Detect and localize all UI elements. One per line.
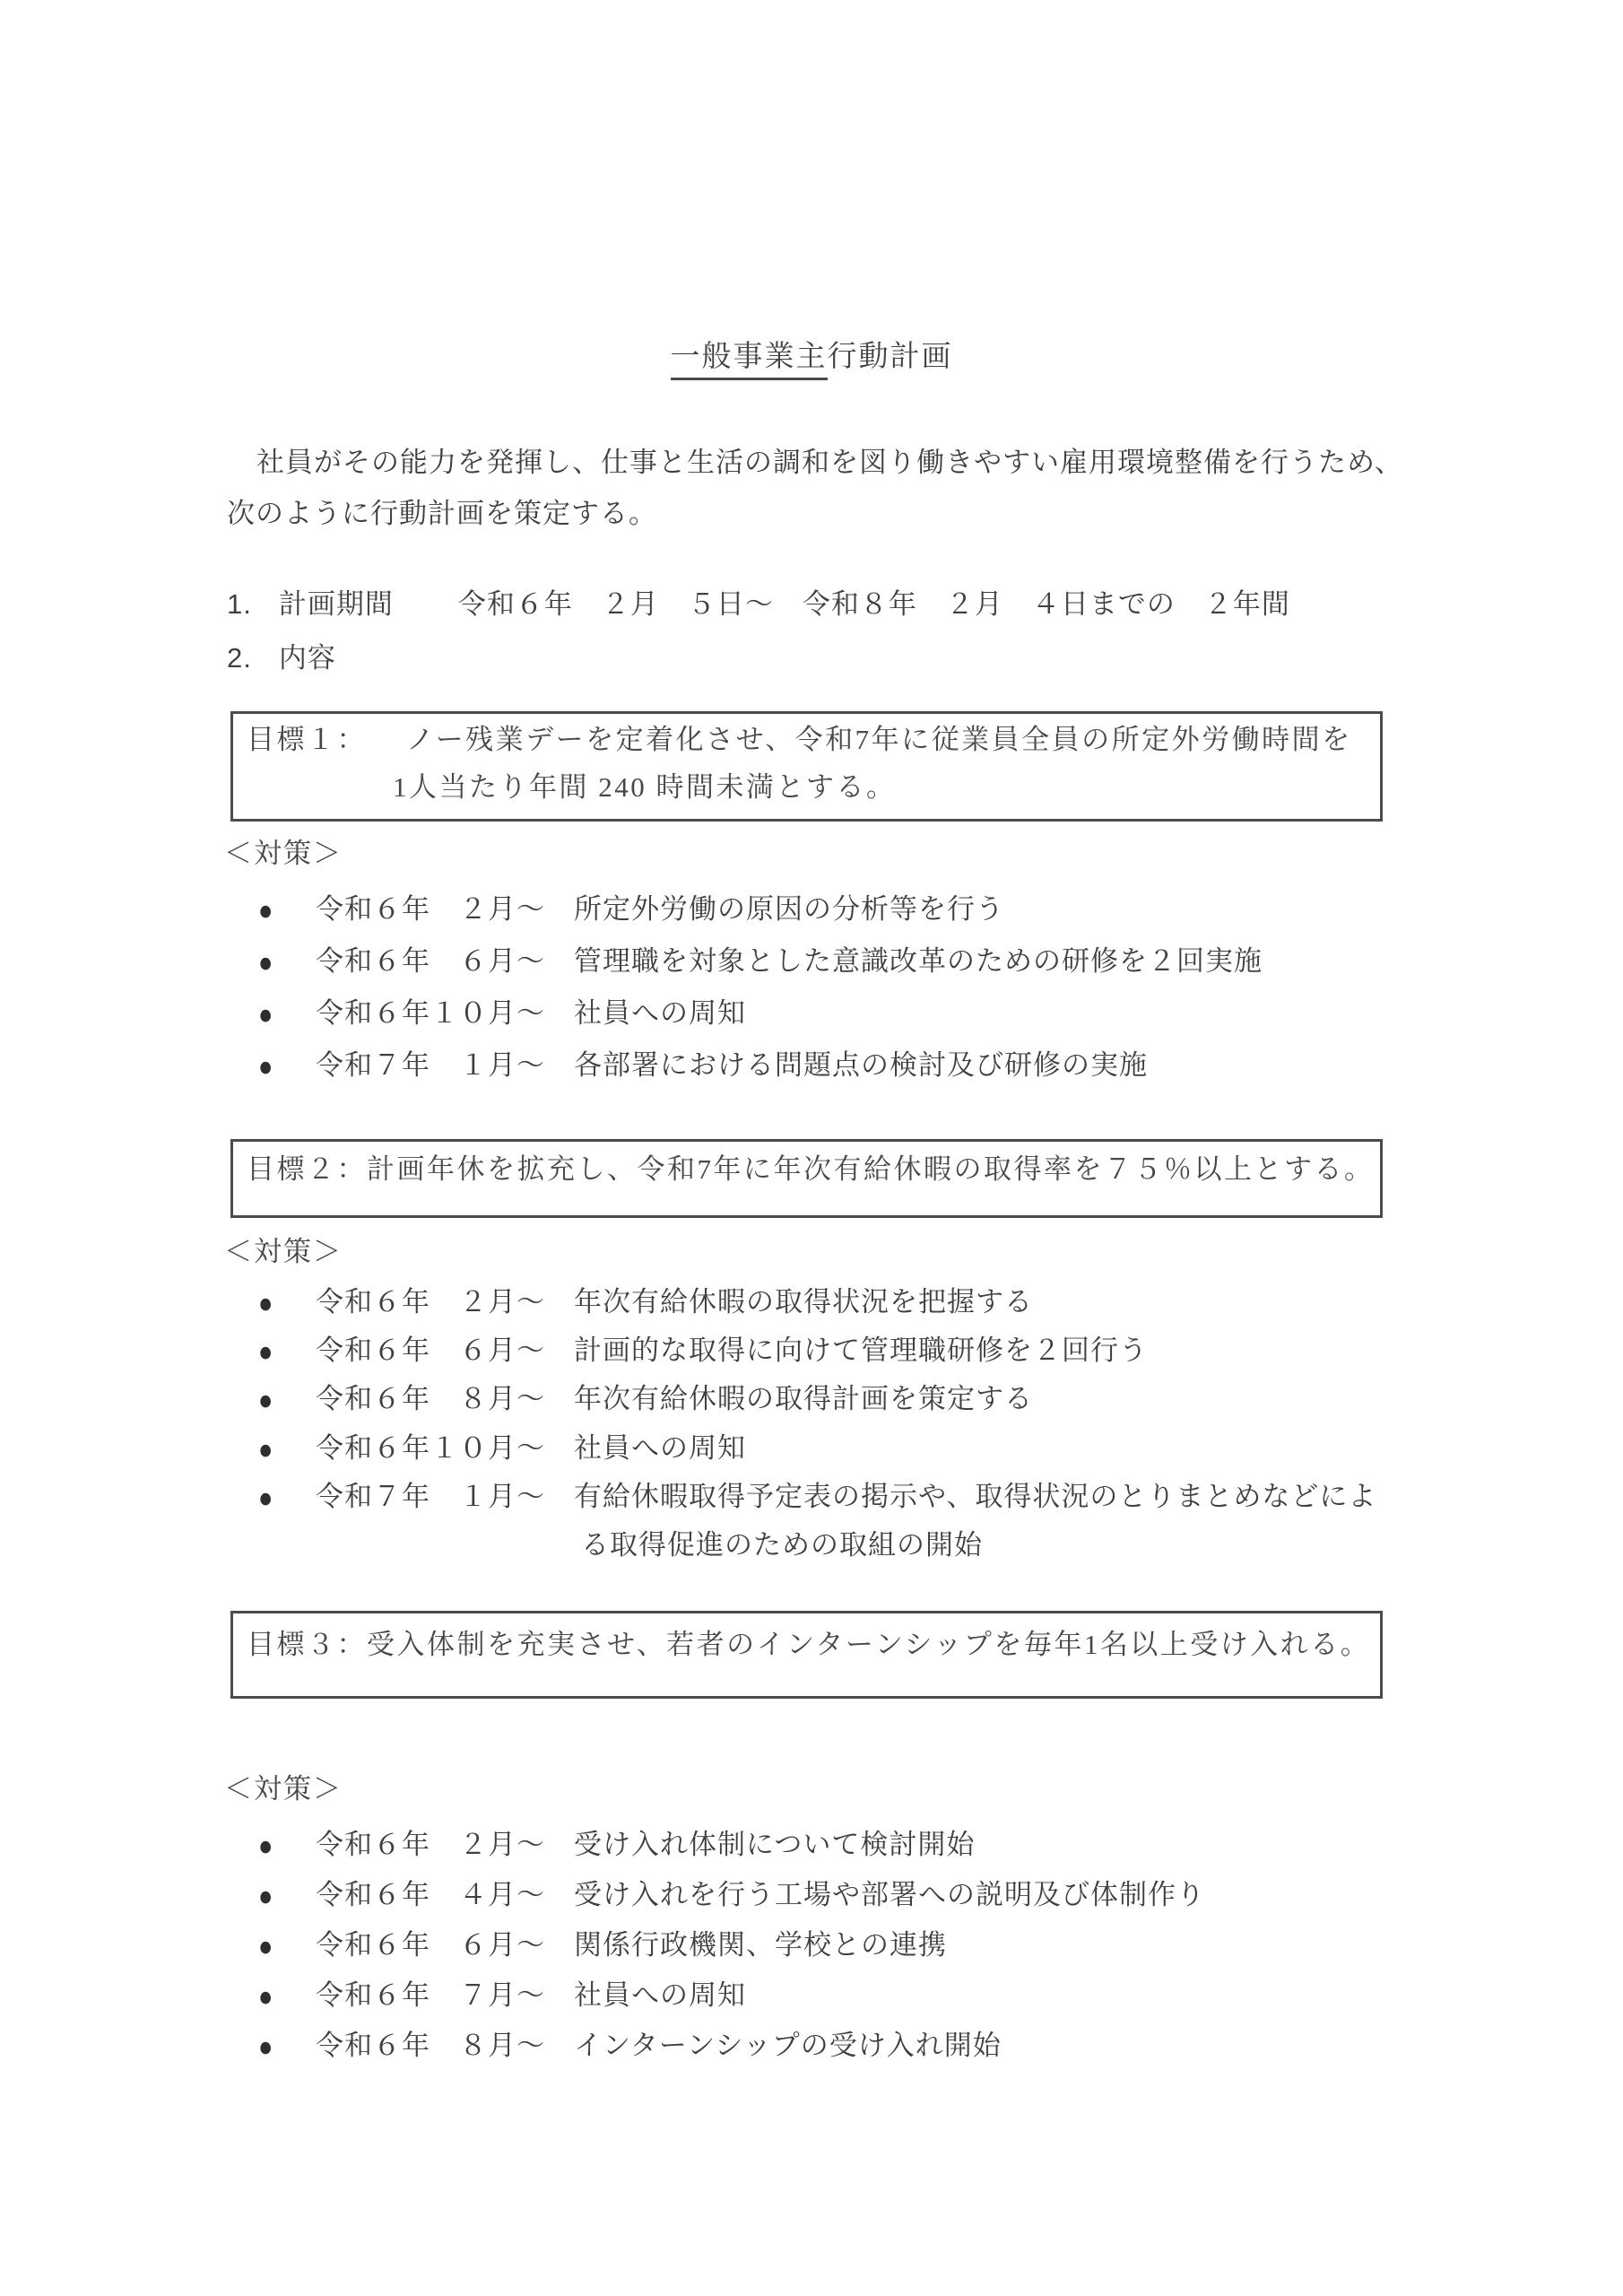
goal-2-text: 計画年休を拡充し、令和7年に年次有給休暇の取得率を７５％以上とする。 bbox=[367, 1153, 1375, 1185]
goal-2-bullet-5-continuation: る取得促進のための取組の開始 bbox=[581, 1528, 983, 1563]
bullet-text: 有給休暇取得予定表の掲示や、取得状況のとりまとめなどによ bbox=[574, 1480, 1376, 1515]
bullet-text: 計画的な取得に向けて管理職研修を２回行う bbox=[574, 1334, 1148, 1369]
bullet-text: 管理職を対象とした意識改革のための研修を２回実施 bbox=[574, 944, 1263, 979]
item-2-number: 2. bbox=[227, 641, 252, 676]
bullet-date: 令和７年 １月～ bbox=[316, 1048, 574, 1083]
measures-heading-2: ＜対策＞ bbox=[224, 1235, 343, 1270]
bullet-icon: ● bbox=[258, 1286, 316, 1322]
goal-2-bullet-4: ●令和６年１０月～社員への周知 bbox=[258, 1431, 746, 1466]
bullet-date: 令和６年 ２月～ bbox=[316, 1828, 574, 1863]
goal-2-bullet-2: ●令和６年 ６月～計画的な取得に向けて管理職研修を２回行う bbox=[258, 1334, 1148, 1369]
scanned-document-page: 一般事業主行動計画 社員がその能力を発揮し、仕事と生活の調和を図り働きやすい雇用… bbox=[0, 0, 1623, 2296]
goal-1-label: 目標１： bbox=[247, 724, 367, 755]
bullet-icon: ● bbox=[258, 1432, 316, 1468]
bullet-icon: ● bbox=[258, 1481, 316, 1517]
goal-2-label: 目標２： bbox=[247, 1153, 367, 1185]
goal-3-line-1: 目標３：受入体制を充実させ、若者のインターンシップを毎年1名以上受け入れる。 bbox=[247, 1628, 1367, 1663]
goal-3-text: 受入体制を充実させ、若者のインターンシップを毎年1名以上受け入れる。 bbox=[367, 1629, 1370, 1660]
goal-1-box: 目標１：ノー残業デーを定着化させ、令和7年に従業員全員の所定外労働時間を 1人当… bbox=[230, 711, 1383, 822]
bullet-icon: ● bbox=[258, 1335, 316, 1370]
page-title: 一般事業主行動計画 bbox=[0, 337, 1623, 374]
intro-paragraph-line-1: 社員がその能力を発揮し、仕事と生活の調和を図り働きやすい雇用環境整備を行うため、 bbox=[256, 446, 1403, 481]
bullet-date: 令和７年 １月～ bbox=[316, 1480, 574, 1515]
bullet-text: 年次有給休暇の取得状況を把握する bbox=[574, 1285, 1033, 1320]
goal-1-line-2: 1人当たり年間 240 時間未満とする。 bbox=[393, 770, 1367, 805]
item-1-label: 計画期間 bbox=[279, 587, 394, 622]
goal-1-text: ノー残業デーを定着化させ、令和7年に従業員全員の所定外労働時間を bbox=[406, 724, 1352, 755]
goal-3-bullet-5: ●令和６年 ８月～インターンシップの受け入れ開始 bbox=[258, 2029, 1002, 2064]
goal-1-line-1: 目標１：ノー残業デーを定着化させ、令和7年に従業員全員の所定外労働時間を bbox=[247, 723, 1367, 758]
bullet-date: 令和６年 ４月～ bbox=[316, 1878, 574, 1913]
bullet-date: 令和６年 ６月～ bbox=[316, 1928, 574, 1963]
goal-1-bullet-3: ●令和６年１０月～社員への周知 bbox=[258, 996, 746, 1031]
bullet-date: 令和６年 ７月～ bbox=[316, 1979, 574, 2013]
goal-3-label: 目標３： bbox=[247, 1629, 367, 1660]
bullet-text: 社員への周知 bbox=[574, 1979, 746, 2013]
goal-2-bullet-5: ●令和７年 １月～有給休暇取得予定表の掲示や、取得状況のとりまとめなどによ bbox=[258, 1480, 1376, 1515]
bullet-text: 社員への周知 bbox=[574, 996, 746, 1031]
goal-3-bullet-1: ●令和６年 ２月～受け入れ体制について検討開始 bbox=[258, 1828, 975, 1863]
bullet-icon: ● bbox=[258, 1929, 316, 1965]
bullet-icon: ● bbox=[258, 893, 316, 929]
goal-1-bullet-2: ●令和６年 ６月～管理職を対象とした意識改革のための研修を２回実施 bbox=[258, 944, 1263, 979]
bullet-icon: ● bbox=[258, 1383, 316, 1419]
goal-3-box: 目標３：受入体制を充実させ、若者のインターンシップを毎年1名以上受け入れる。 bbox=[230, 1611, 1383, 1699]
bullet-text: 受け入れを行う工場や部署への説明及び体制作り bbox=[574, 1878, 1205, 1913]
bullet-date: 令和６年 ２月～ bbox=[316, 1285, 574, 1320]
bullet-date: 令和６年 ８月～ bbox=[316, 2029, 574, 2064]
bullet-text: 関係行政機関、学校との連携 bbox=[574, 1928, 947, 1963]
bullet-text: 年次有給休暇の取得計画を策定する bbox=[574, 1382, 1033, 1417]
bullet-icon: ● bbox=[258, 1049, 316, 1085]
item-plan-period: 1.計画期間令和６年 ２月 ５日～ 令和８年 ２月 ４日までの ２年間 bbox=[227, 587, 1290, 622]
goal-2-line-1: 目標２：計画年休を拡充し、令和7年に年次有給休暇の取得率を７５％以上とする。 bbox=[247, 1152, 1367, 1187]
bullet-text: 所定外労働の原因の分析等を行う bbox=[574, 892, 1004, 927]
bullet-icon: ● bbox=[258, 945, 316, 981]
goal-3-bullet-3: ●令和６年 ６月～関係行政機関、学校との連携 bbox=[258, 1928, 947, 1963]
item-1-number: 1. bbox=[227, 587, 252, 622]
measures-heading-3: ＜対策＞ bbox=[224, 1772, 343, 1807]
bullet-date: 令和６年 ８月～ bbox=[316, 1382, 574, 1417]
goal-2-bullet-1: ●令和６年 ２月～年次有給休暇の取得状況を把握する bbox=[258, 1285, 1033, 1320]
item-content: 2.内容 bbox=[227, 641, 336, 676]
page-title-underlined-part: 一般事業主 bbox=[671, 339, 828, 380]
bullet-date: 令和６年１０月～ bbox=[316, 1431, 574, 1466]
goal-2-box: 目標２：計画年休を拡充し、令和7年に年次有給休暇の取得率を７５％以上とする。 bbox=[230, 1139, 1383, 1218]
goal-1-bullet-1: ●令和６年 ２月～所定外労働の原因の分析等を行う bbox=[258, 892, 1004, 927]
bullet-icon: ● bbox=[258, 2030, 316, 2066]
bullet-icon: ● bbox=[258, 1879, 316, 1915]
bullet-text: インターンシップの受け入れ開始 bbox=[574, 2029, 1002, 2064]
measures-heading-1: ＜対策＞ bbox=[224, 837, 343, 872]
intro-paragraph-line-2: 次のように行動計画を策定する。 bbox=[227, 497, 657, 532]
item-1-value: 令和６年 ２月 ５日～ 令和８年 ２月 ４日までの ２年間 bbox=[458, 587, 1290, 622]
page-title-rest: 行動計画 bbox=[828, 339, 953, 372]
bullet-date: 令和６年１０月～ bbox=[316, 996, 574, 1031]
bullet-text: 受け入れ体制について検討開始 bbox=[574, 1828, 975, 1863]
bullet-text: 各部署における問題点の検討及び研修の実施 bbox=[574, 1048, 1148, 1083]
goal-3-bullet-4: ●令和６年 ７月～社員への周知 bbox=[258, 1979, 746, 2013]
goal-3-bullet-2: ●令和６年 ４月～受け入れを行う工場や部署への説明及び体制作り bbox=[258, 1878, 1205, 1913]
goal-2-bullet-3: ●令和６年 ８月～年次有給休暇の取得計画を策定する bbox=[258, 1382, 1033, 1417]
bullet-icon: ● bbox=[258, 997, 316, 1033]
bullet-date: 令和６年 ６月～ bbox=[316, 1334, 574, 1369]
bullet-date: 令和６年 ２月～ bbox=[316, 892, 574, 927]
bullet-icon: ● bbox=[258, 1979, 316, 2015]
goal-1-bullet-4: ●令和７年 １月～各部署における問題点の検討及び研修の実施 bbox=[258, 1048, 1148, 1083]
bullet-date: 令和６年 ６月～ bbox=[316, 944, 574, 979]
bullet-icon: ● bbox=[258, 1829, 316, 1865]
item-2-label: 内容 bbox=[279, 641, 336, 676]
bullet-text: 社員への周知 bbox=[574, 1431, 746, 1466]
